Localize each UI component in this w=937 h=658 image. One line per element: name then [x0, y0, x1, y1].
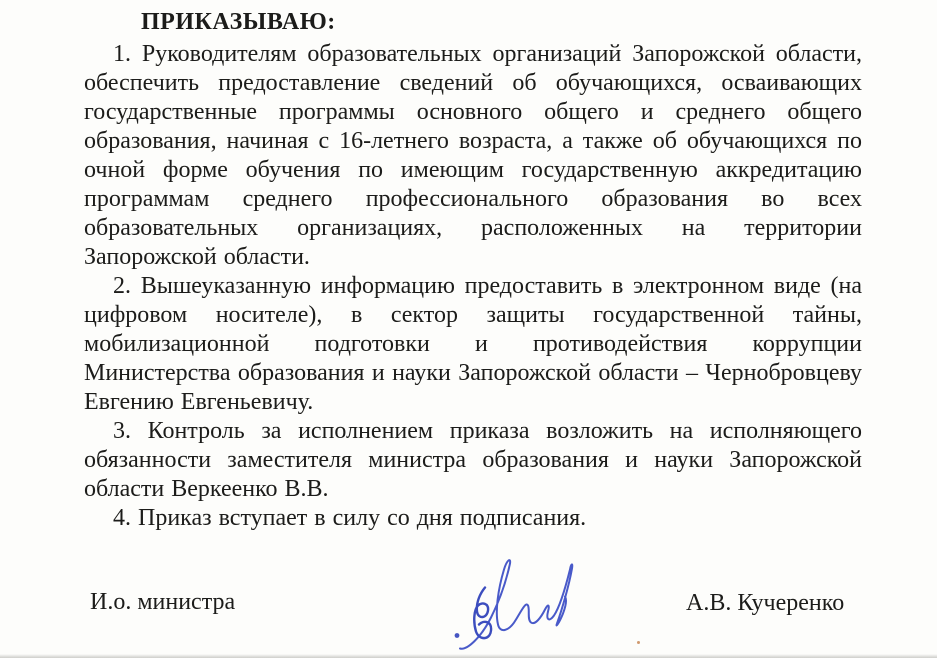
scan-edge [0, 654, 937, 658]
signer-name: А.В. Кучеренко [686, 590, 844, 616]
document-page: ПРИКАЗЫВАЮ: 1. Руководителям образовател… [0, 0, 937, 658]
order-heading: ПРИКАЗЫВАЮ: [141, 8, 862, 37]
scan-speck [637, 641, 640, 644]
signer-title: И.о. министра [90, 589, 235, 615]
order-paragraph-1: 1. Руководителям образовательных организ… [84, 40, 862, 272]
order-paragraph-4: 4. Приказ вступает в силу со дня подписа… [84, 504, 862, 533]
order-body: ПРИКАЗЫВАЮ: 1. Руководителям образовател… [84, 8, 862, 533]
order-paragraph-2: 2. Вышеуказанную информацию предоставить… [84, 272, 862, 417]
order-paragraph-3: 3. Контроль за исполнением приказа возло… [84, 417, 862, 504]
handwritten-signature-icon [433, 548, 603, 656]
